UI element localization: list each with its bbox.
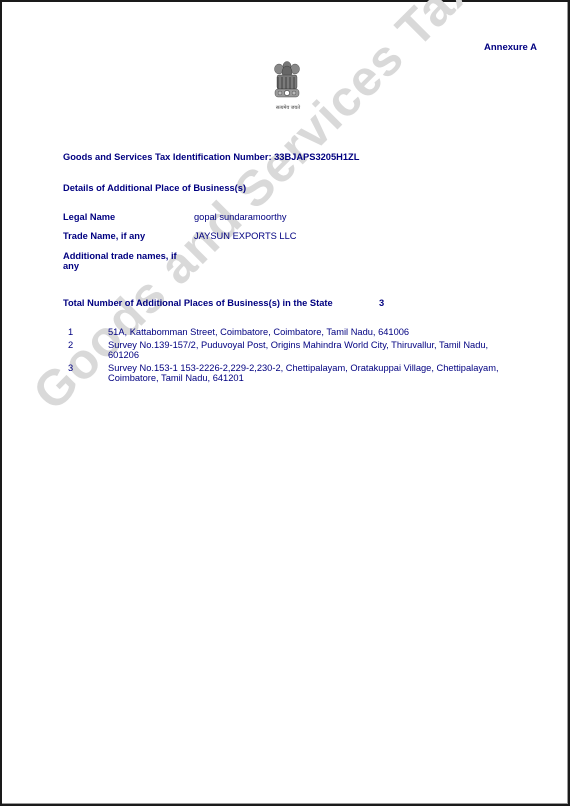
details-title: Details of Additional Place of Business(… [63,183,246,193]
address-item: 2 Survey No.139-157/2, Puduvoyal Post, O… [68,340,518,360]
address-text: Survey No.153-1 153-2226-2,229-2,230-2, … [108,363,518,383]
total-places-count: 3 [379,298,384,308]
address-number: 1 [68,327,108,337]
address-list: 1 51A, Kattabomman Street, Coimbatore, C… [68,327,518,386]
annexure-label: Annexure A [484,42,537,53]
address-item: 3 Survey No.153-1 153-2226-2,229-2,230-2… [68,363,518,383]
trade-name-label: Trade Name, if any [63,231,188,241]
additional-trade-names-label: Additional trade names, if any [63,251,188,271]
document-page: Goods and Services Tax Annexure A सत्यमे… [0,0,570,806]
trade-name-value: JAYSUN EXPORTS LLC [194,231,296,241]
address-number: 3 [68,363,108,383]
gstin-line: Goods and Services Tax Identification Nu… [63,152,359,162]
address-number: 2 [68,340,108,360]
address-item: 1 51A, Kattabomman Street, Coimbatore, C… [68,327,518,337]
address-text: 51A, Kattabomman Street, Coimbatore, Coi… [108,327,518,337]
legal-name-label: Legal Name [63,212,188,222]
emblem-caption: सत्यमेव जयते [270,105,306,111]
legal-name-value: gopal sundaramoorthy [194,212,287,222]
total-places-label: Total Number of Additional Places of Bus… [63,298,333,308]
address-text: Survey No.139-157/2, Puduvoyal Post, Ori… [108,340,518,360]
